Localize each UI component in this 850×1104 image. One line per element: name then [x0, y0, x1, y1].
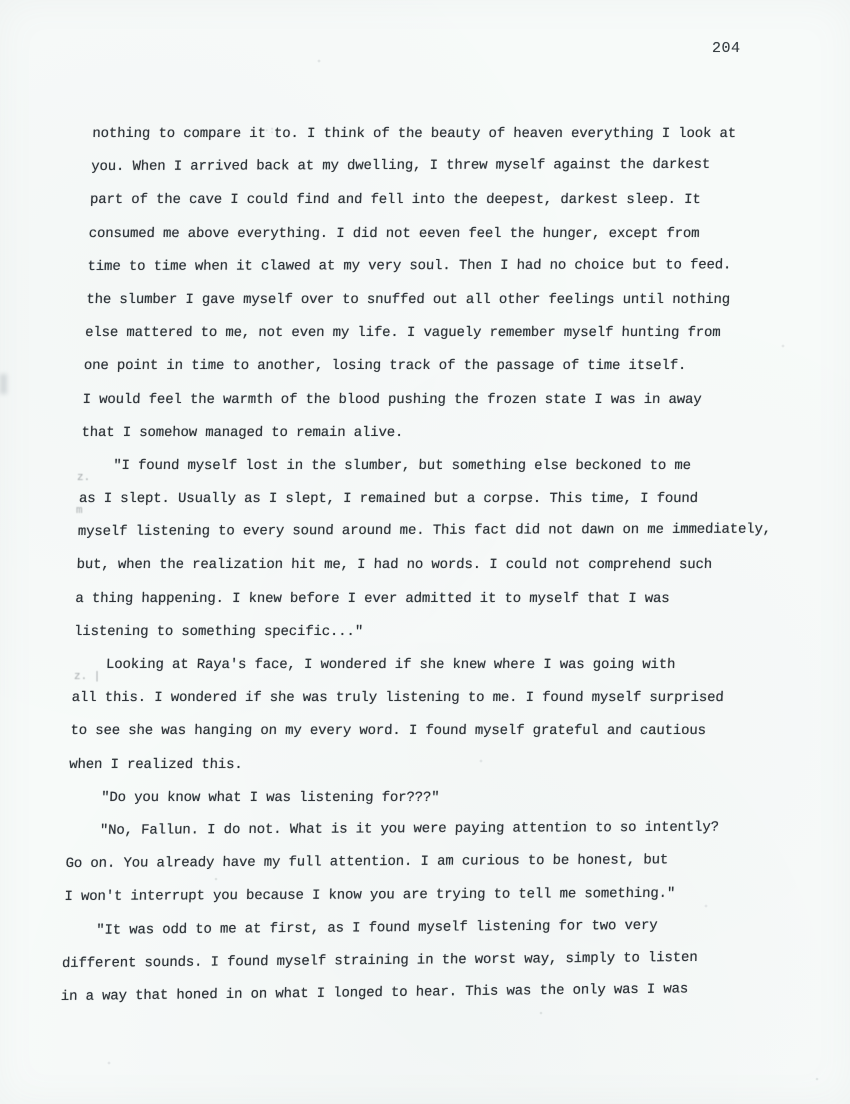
typed-line: Go on. You already have my full attentio… [65, 844, 759, 881]
manuscript-page: 204 nothing to compare it to. I think of… [0, 0, 850, 1104]
typed-line: else mattered to me, not even my life. I… [84, 317, 778, 350]
typed-line: listening to something specific..." [74, 616, 768, 649]
typed-line: I would feel the warmth of the blood pus… [82, 384, 776, 417]
typed-line: the slumber I gave myself over to snuffe… [86, 284, 780, 317]
typed-line: "No, Fallun. I do not. What is it you we… [66, 811, 760, 848]
strikeover-artifact: ·: [264, 126, 275, 136]
typed-line: that I somehow managed to remain alive. [81, 417, 775, 450]
scan-edge-smudge [0, 374, 7, 394]
typed-line: nothing to compare it to. I think of the… [92, 118, 786, 151]
typed-text-block: nothing to compare it to. I think of the… [60, 118, 786, 1014]
typed-line: as I slept. Usually as I slept, I remain… [78, 483, 772, 516]
strikeover-artifact: z. [77, 472, 90, 484]
typed-line: consumed me above everything. I did not … [88, 218, 782, 251]
typed-line: "I found myself lost in the slumber, but… [80, 450, 774, 483]
strikeover-artifact: z. | [74, 671, 100, 683]
strikeover-artifact: m [76, 505, 83, 517]
typed-line: when I realized this. [69, 749, 763, 782]
typed-line: part of the cave I could find and fell i… [89, 184, 783, 217]
typed-line: "Do you know what I was listening for???… [67, 782, 761, 815]
paper-speckles [0, 0, 2, 2]
typed-line: to see she was hanging on my every word.… [70, 715, 764, 748]
typed-line: one point in time to another, losing tra… [83, 350, 777, 383]
page-number: 204 [712, 40, 741, 57]
typed-line: Looking at Raya's face, I wondered if sh… [72, 649, 766, 682]
typed-line: all this. I wondered if she was truly li… [71, 682, 765, 715]
typed-line: a thing happening. I knew before I ever … [75, 583, 769, 616]
typed-line: myself listening to every sound around m… [77, 514, 771, 550]
typed-line: but, when the realization hit me, I had … [76, 549, 770, 582]
typed-line: you. When I arrived back at my dwelling,… [91, 149, 785, 185]
typed-line: time to time when it clawed at my very s… [87, 249, 781, 284]
